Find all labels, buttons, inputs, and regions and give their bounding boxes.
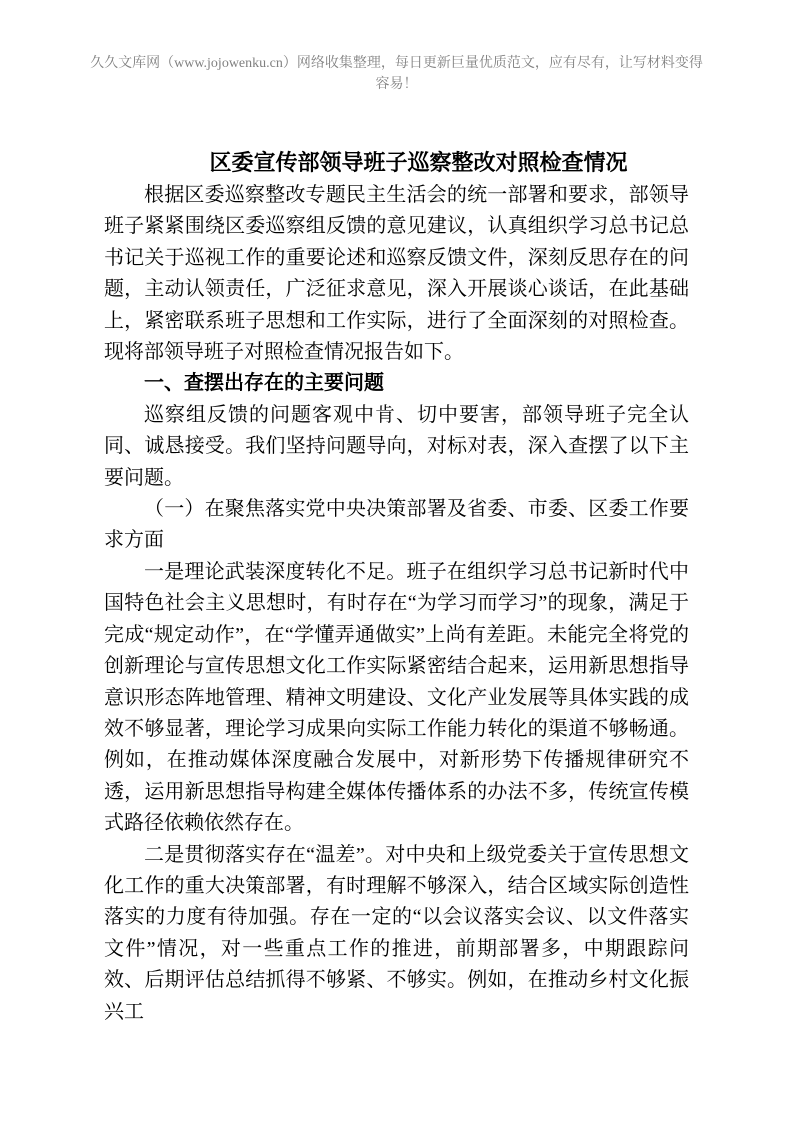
paragraph-acceptance: 巡察组反馈的问题客观中肯、切中要害，部领导班子完全认同、诚恳接受。我们坚持问题导… — [104, 400, 689, 494]
document-title: 区委宣传部领导班子巡察整改对照检查情况 — [104, 146, 689, 180]
watermark-header-line-2: 容易！ — [84, 74, 709, 95]
document-body: 区委宣传部领导班子巡察整改对照检查情况 根据区委巡察整改专题民主生活会的统一部署… — [104, 146, 689, 1028]
watermark-header: 久久文库网（www.jojowenku.cn）网络收集整理，每日更新巨量优质范文… — [84, 53, 709, 95]
paragraph-issue-one-theory: 一是理论武装深度转化不足。班子在组织学习总书记新时代中国特色社会主义思想时，有时… — [104, 557, 689, 840]
subsection-heading-central-decisions: （一）在聚焦落实党中央决策部署及省委、市委、区委工作要求方面 — [104, 494, 689, 557]
watermark-header-line-1: 久久文库网（www.jojowenku.cn）网络收集整理，每日更新巨量优质范文… — [84, 53, 709, 74]
paragraph-intro: 根据区委巡察整改专题民主生活会的统一部署和要求，部领导班子紧紧围绕区委巡察组反馈… — [104, 180, 689, 368]
document-page: 久久文库网（www.jojowenku.cn）网络收集整理，每日更新巨量优质范文… — [0, 0, 793, 1122]
paragraph-issue-two-implementation: 二是贯彻落实存在“温差”。对中央和上级党委关于宣传思想文化工作的重大决策部署，有… — [104, 840, 689, 1028]
section-heading-main-problems: 一、查摆出存在的主要问题 — [104, 368, 689, 399]
